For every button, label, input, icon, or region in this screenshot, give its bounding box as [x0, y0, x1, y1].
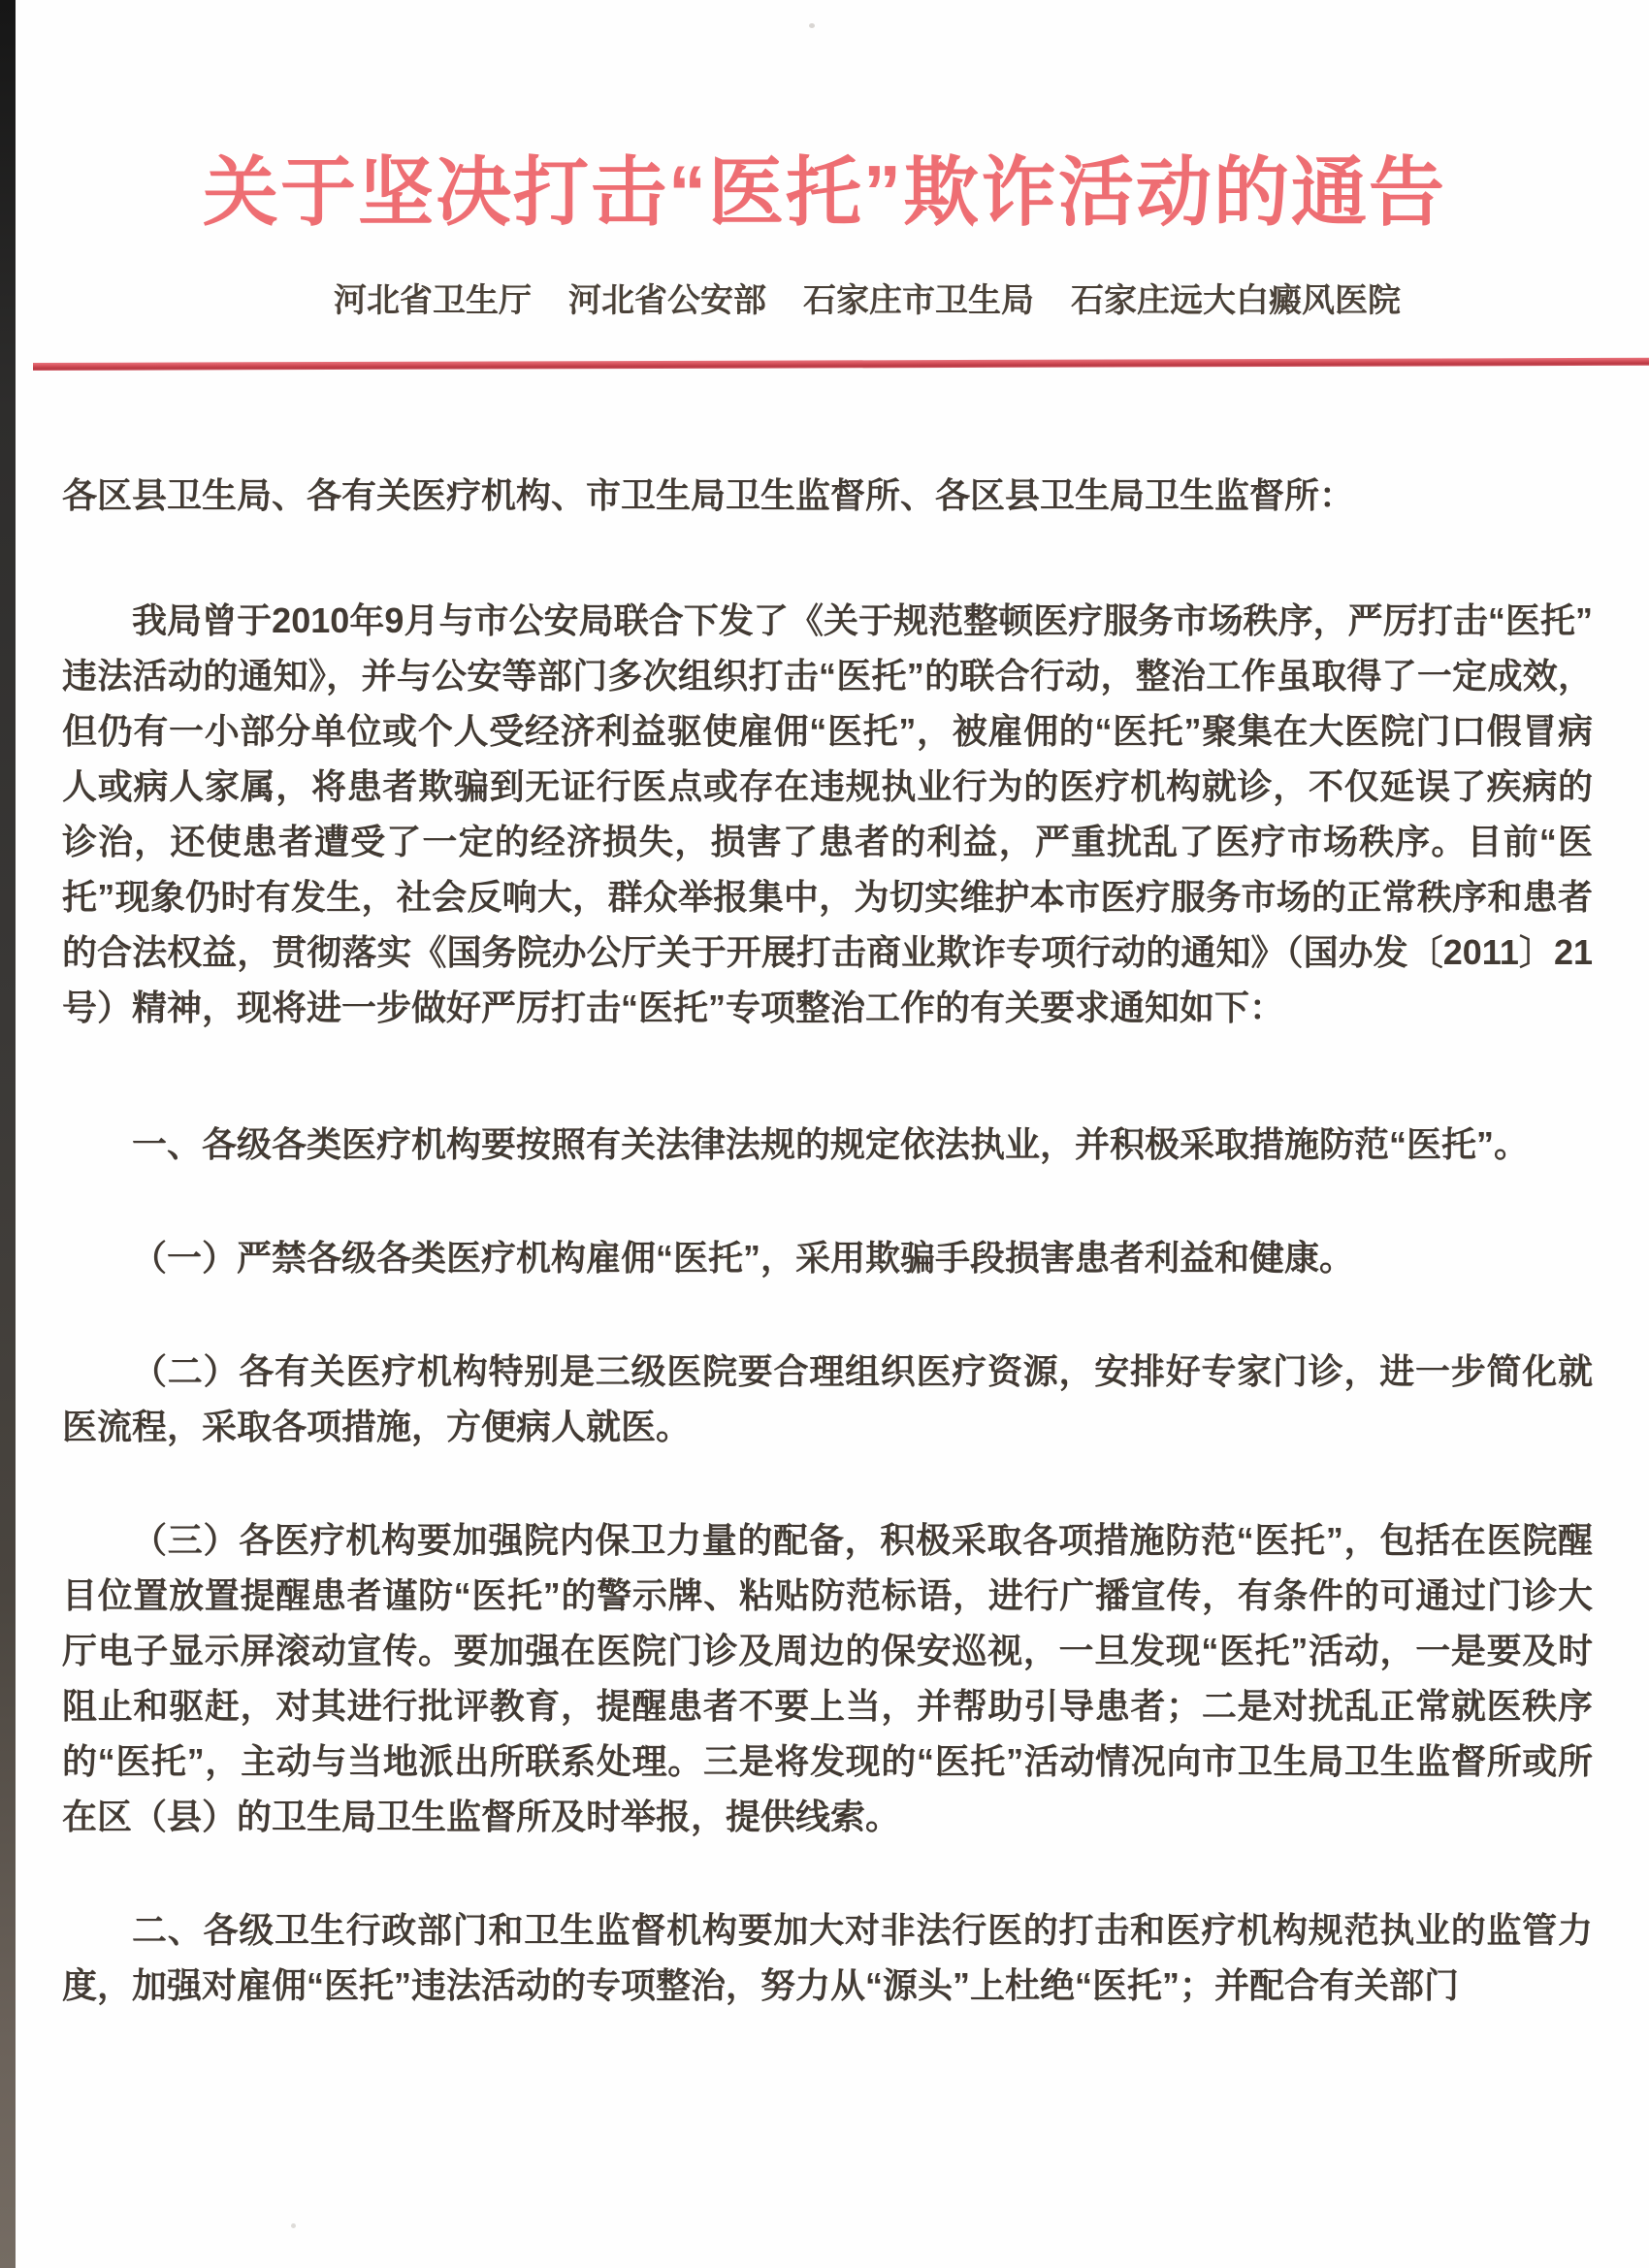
section-1-item-1-paragraph: （一）严禁各级各类医疗机构雇佣“医托”，采用欺骗手段损害患者利益和健康。 [62, 1230, 1593, 1285]
notice-title: 关于坚决打击“医托”欺诈活动的通告 [29, 147, 1620, 237]
section-2-paragraph: 二、各级卫生行政部门和卫生监督机构要加大对非法行医的打击和医疗机构规范执业的监管… [62, 1902, 1593, 2013]
scanner-edge-shadow [0, 0, 16, 2268]
red-divider-rule [33, 358, 1649, 371]
scan-artifact [809, 23, 815, 28]
org-shijiazhuang-health-bureau: 石家庄市卫生局 [803, 274, 1034, 321]
section-1-item-3-paragraph: （三）各医疗机构要加强院内保卫力量的配备，积极采取各项措施防范“医托”，包括在医… [62, 1512, 1593, 1844]
scan-artifact [291, 2223, 296, 2228]
section-1-heading-paragraph: 一、各级各类医疗机构要按照有关法律法规的规定依法执业，并积极采取措施防范“医托”… [62, 1117, 1593, 1172]
scanned-notice-page: 关于坚决打击“医托”欺诈活动的通告 河北省卫生厅 河北省公安部 石家庄市卫生局 … [0, 0, 1649, 2268]
body-paragraph: 我局曾于2010年9月与市公安局联合下发了《关于规范整顿医疗服务市场秩序，严厉打… [62, 593, 1593, 1035]
org-shijiazhuang-yuanda-hospital: 石家庄远大白癜风医院 [1071, 274, 1401, 321]
org-hebei-public-security: 河北省公安部 [568, 274, 766, 321]
section-1-item-2-paragraph: （二）各有关医疗机构特别是三级医院要合理组织医疗资源，安排好专家门诊，进一步简化… [62, 1344, 1593, 1454]
notice-body: 各区县卫生局、各有关医疗机构、市卫生局卫生监督所、各区县卫生局卫生监督所： 我局… [62, 468, 1593, 2071]
issuing-organizations: 河北省卫生厅 河北省公安部 石家庄市卫生局 石家庄远大白癜风医院 [0, 274, 1401, 321]
salutation-line: 各区县卫生局、各有关医疗机构、市卫生局卫生监督所、各区县卫生局卫生监督所： [62, 468, 1593, 523]
org-hebei-health-department: 河北省卫生厅 [334, 274, 532, 321]
